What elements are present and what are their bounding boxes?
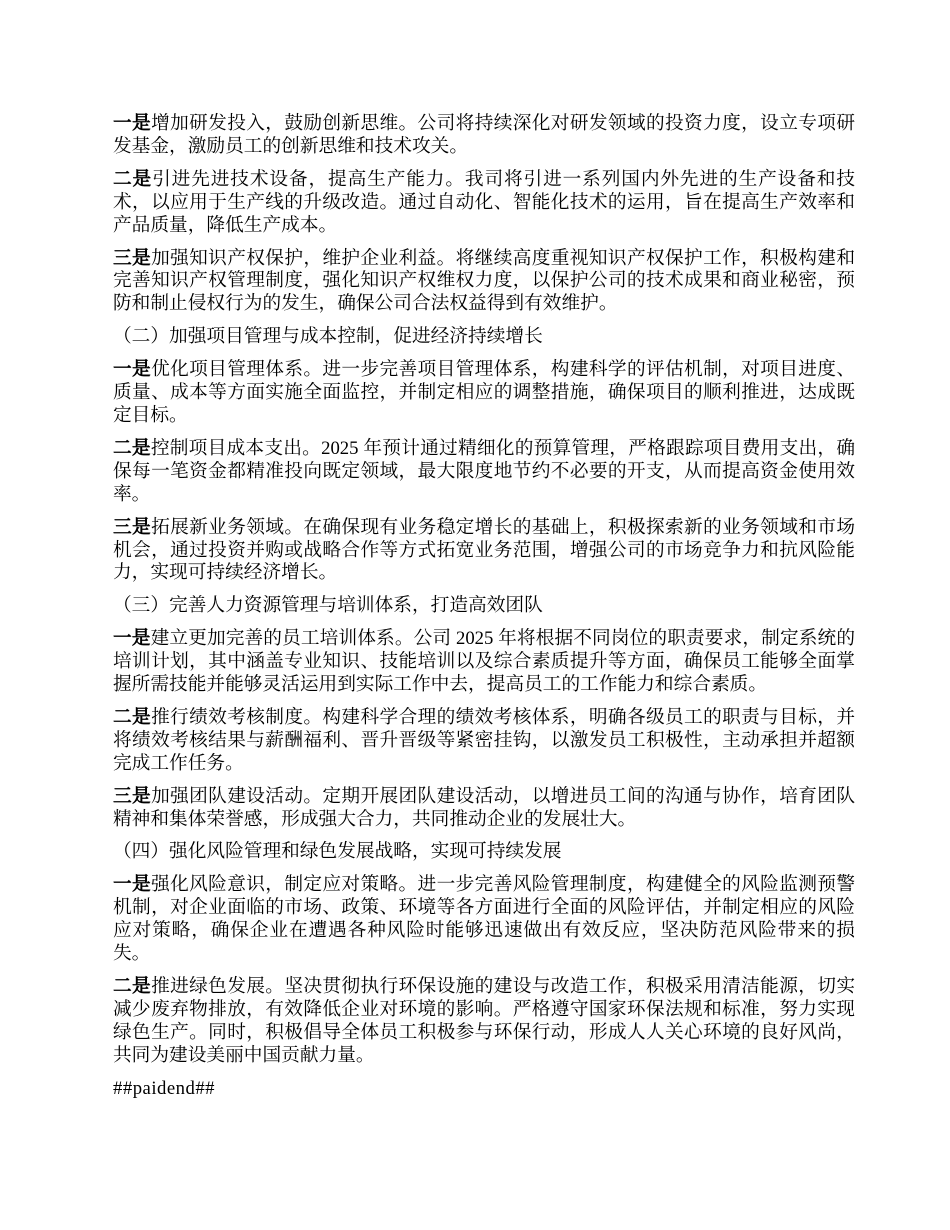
paragraph-text: 建立更加完善的员工培训体系。公司 2025 年将根据不同岗位的职责要求，制定系统…	[113, 628, 855, 695]
paragraph: 三是加强知识产权保护，维护企业利益。将继续高度重视知识产权保护工作，积极构建和完…	[113, 248, 855, 317]
paragraph-text: 拓展新业务领域。在确保现有业务稳定增长的基础上，积极探索新的业务领域和市场机会，…	[113, 517, 855, 584]
paragraph: 二是引进先进技术设备，提高生产能力。我司将引进一系列国内外先进的生产设备和技术，…	[113, 169, 855, 238]
section-heading: （四）强化风险管理和绿色发展战略，实现可持续发展	[113, 841, 855, 864]
document-page: 一是增加研发投入，鼓励创新思维。公司将持续深化对研发领域的投资力度，设立专项研发…	[0, 0, 950, 1230]
paragraph-text: 优化项目管理体系。进一步完善项目管理体系，构建科学的评估机制，对项目进度、质量、…	[113, 359, 855, 426]
paragraph: 二是推行绩效考核制度。构建科学合理的绩效考核体系，明确各级员工的职责与目标，并将…	[113, 707, 855, 776]
paragraph-prefix: 二是	[113, 438, 151, 459]
paragraph-text: 加强知识产权保护，维护企业利益。将继续高度重视知识产权保护工作，积极构建和完善知…	[113, 248, 855, 315]
paragraph: 一是强化风险意识，制定应对策略。进一步完善风险管理制度，构建健全的风险监测预警机…	[113, 874, 855, 966]
paragraph: 二是控制项目成本支出。2025 年预计通过精细化的预算管理，严格跟踪项目费用支出…	[113, 438, 855, 507]
paragraph-prefix: 一是	[113, 113, 151, 134]
section-heading: （二）加强项目管理与成本控制，促进经济持续增长	[113, 326, 855, 349]
paragraph-prefix: 一是	[113, 359, 151, 380]
paragraph-text: 推进绿色发展。坚决贯彻执行环保设施的建设与改造工作，积极采用清洁能源，切实减少废…	[113, 976, 855, 1066]
paragraph: 一是增加研发投入，鼓励创新思维。公司将持续深化对研发领域的投资力度，设立专项研发…	[113, 113, 855, 159]
paragraph-prefix: 二是	[113, 169, 152, 190]
paragraph: 三是加强团队建设活动。定期开展团队建设活动，以增进员工间的沟通与协作，培育团队精…	[113, 786, 855, 832]
paragraph-text: 增加研发投入，鼓励创新思维。公司将持续深化对研发领域的投资力度，设立专项研发基金…	[113, 113, 855, 157]
paragraph-text: 强化风险意识，制定应对策略。进一步完善风险管理制度，构建健全的风险监测预警机制，…	[113, 874, 855, 964]
paragraph-prefix: 二是	[113, 707, 151, 728]
paragraph-text: 加强团队建设活动。定期开展团队建设活动，以增进员工间的沟通与协作，培育团队精神和…	[113, 786, 855, 830]
paragraph: 一是建立更加完善的员工培训体系。公司 2025 年将根据不同岗位的职责要求，制定…	[113, 628, 855, 697]
paragraph: 一是优化项目管理体系。进一步完善项目管理体系，构建科学的评估机制，对项目进度、质…	[113, 359, 855, 428]
paragraph-prefix: 三是	[113, 786, 151, 807]
paragraph-prefix: 三是	[113, 517, 151, 538]
paragraph: 三是拓展新业务领域。在确保现有业务稳定增长的基础上，积极探索新的业务领域和市场机…	[113, 517, 855, 586]
end-marker: ##paidend##	[113, 1078, 855, 1101]
section-heading: （三）完善人力资源管理与培训体系，打造高效团队	[113, 595, 855, 618]
paragraph-prefix: 三是	[113, 248, 151, 269]
paragraph-text: 控制项目成本支出。2025 年预计通过精细化的预算管理，严格跟踪项目费用支出，确…	[113, 438, 855, 505]
paragraph-prefix: 一是	[113, 874, 151, 895]
paragraph: 二是推进绿色发展。坚决贯彻执行环保设施的建设与改造工作，积极采用清洁能源，切实减…	[113, 976, 855, 1068]
paragraph-prefix: 二是	[113, 976, 151, 997]
paragraph-text: 推行绩效考核制度。构建科学合理的绩效考核体系，明确各级员工的职责与目标，并将绩效…	[113, 707, 855, 774]
paragraph-text: 引进先进技术设备，提高生产能力。我司将引进一系列国内外先进的生产设备和技术，以应…	[113, 169, 855, 236]
paragraph-prefix: 一是	[113, 628, 151, 649]
